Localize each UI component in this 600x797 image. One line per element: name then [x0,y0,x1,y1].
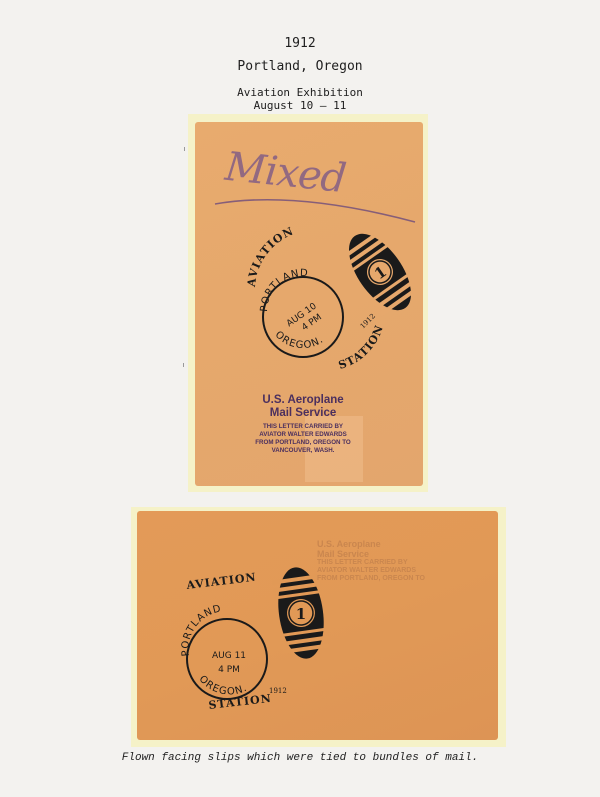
svg-text:OREGON.: OREGON. [273,329,326,351]
aviation-station-postmark-2: AVIATION STATION PORTLAND OREGON. AUG 11… [169,551,339,721]
page-year: 1912 [0,36,600,51]
event-line-1: Aviation Exhibition [0,86,600,99]
page-caption: Flown facing slips which were tied to bu… [0,752,600,764]
cachet-line: FROM PORTLAND, OREGON TO [223,439,383,447]
offset-cachet-impression: U.S. Aeroplane Mail Service THIS LETTER … [317,539,447,583]
offset-line: THIS LETTER CARRIED BY [317,559,447,567]
aviation-station-postmark-1: AVIATION STATION PORTLAND OREGON. AUG 10… [245,217,415,387]
svg-text:PORTLAND: PORTLAND [259,268,309,312]
cachet-title-2: Mail Service [223,407,383,420]
svg-text:PORTLAND: PORTLAND [180,603,223,656]
cachet-line: AVIATOR WALTER EDWARDS [223,431,383,439]
aeroplane-mail-cachet: U.S. Aeroplane Mail Service THIS LETTER … [223,394,383,455]
svg-text:1: 1 [296,605,306,623]
offset-title-1: U.S. Aeroplane [317,539,447,549]
page-mark [184,147,185,151]
page-city: Portland, Oregon [0,59,600,74]
facing-slip-2: AVIATION STATION PORTLAND OREGON. AUG 11… [137,511,498,740]
page-mark [183,363,184,367]
svg-text:1912: 1912 [269,687,287,695]
page-event: Aviation Exhibition August 10 – 11 [0,86,600,112]
offset-title-2: Mail Service [317,549,447,559]
facing-slip-1: Mixed AVIATION STATION PORTLAND OREGON. … [195,122,423,486]
svg-text:AUG 11: AUG 11 [212,651,246,661]
cachet-line: VANCOUVER, WASH. [223,447,383,455]
svg-text:OREGON.: OREGON. [197,674,250,698]
offset-line: FROM PORTLAND, OREGON TO [317,575,447,583]
offset-line: AVIATOR WALTER EDWARDS [317,567,447,575]
cachet-title-1: U.S. Aeroplane [223,394,383,407]
event-line-2: August 10 – 11 [0,99,600,112]
svg-text:AVIATION: AVIATION [185,571,257,593]
cachet-line: THIS LETTER CARRIED BY [223,423,383,431]
svg-text:4 PM: 4 PM [218,665,240,675]
svg-text:STATION: STATION [337,323,386,372]
